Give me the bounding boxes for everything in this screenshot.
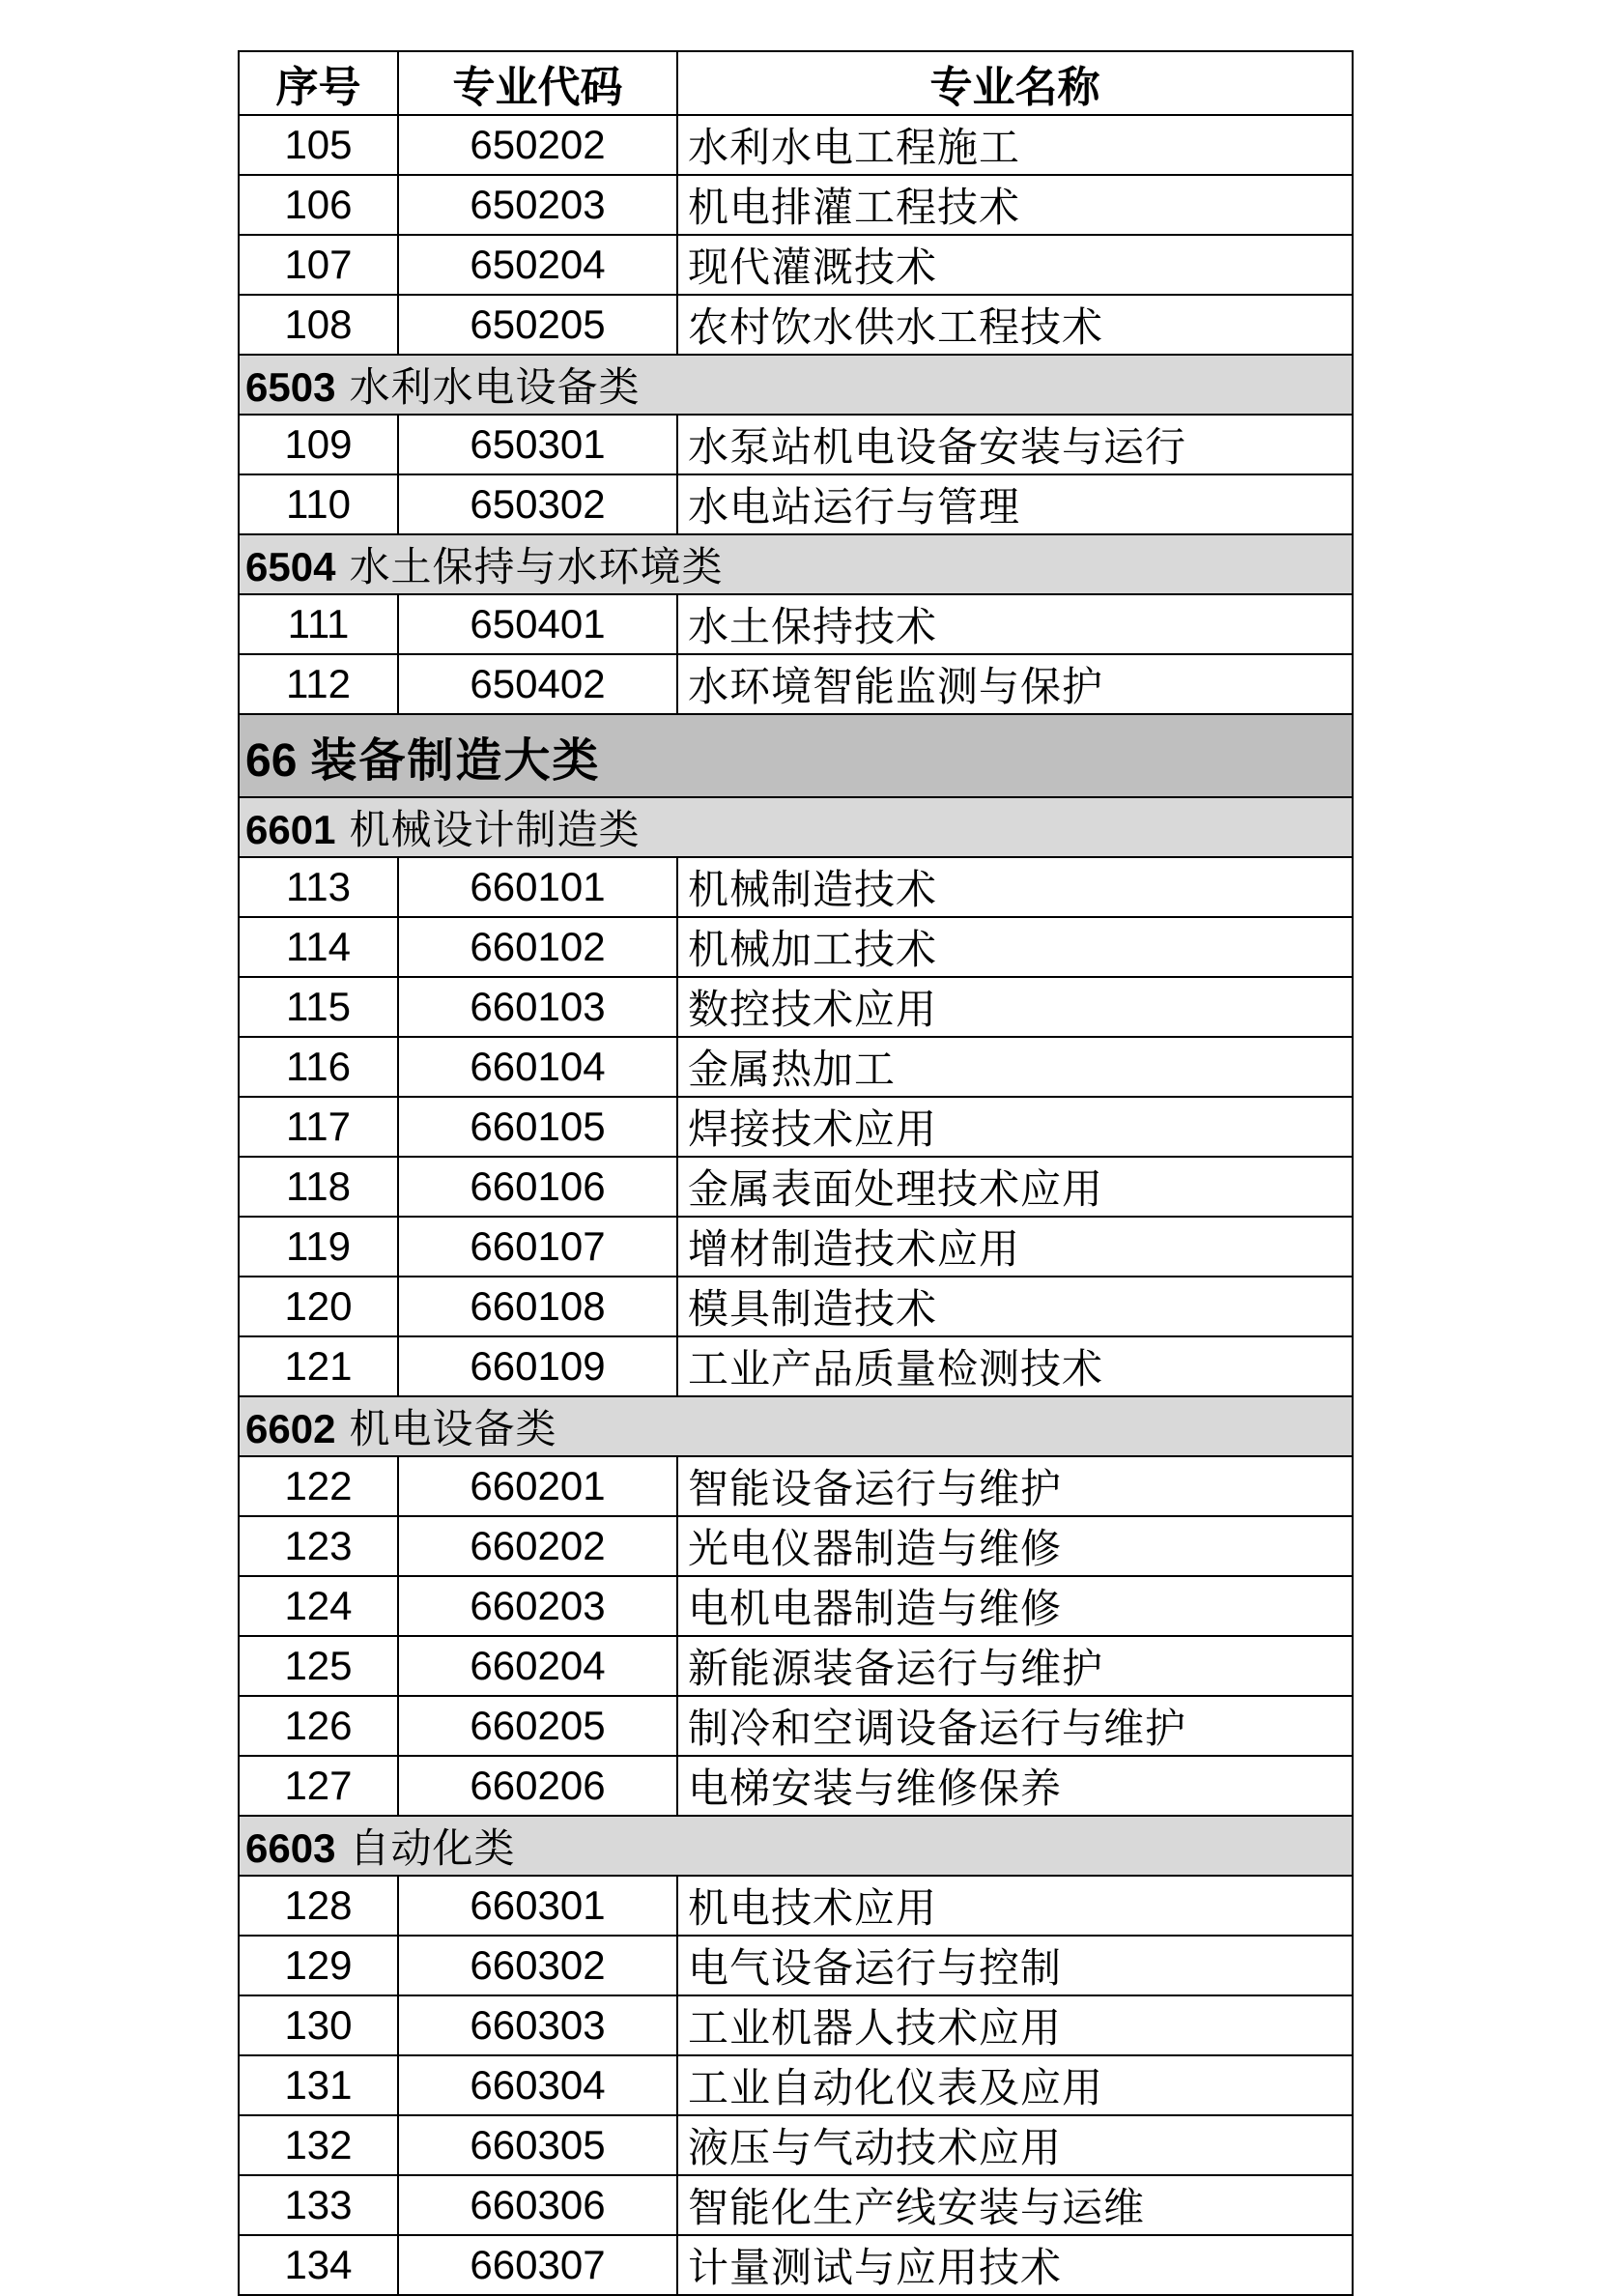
- table-row: 109650301水泵站机电设备安装与运行: [239, 415, 1353, 474]
- column-header-index: 序号: [239, 51, 398, 115]
- subcategory-row: 6503水利水电设备类: [239, 355, 1353, 415]
- row-index-cell: 130: [239, 1995, 398, 2055]
- major-name-cell: 电气设备运行与控制: [677, 1936, 1353, 1995]
- row-index-cell: 107: [239, 235, 398, 295]
- category-code: 6602: [245, 1406, 335, 1451]
- major-name-cell: 农村饮水供水工程技术: [677, 295, 1353, 355]
- table-row: 120660108模具制造技术: [239, 1277, 1353, 1336]
- major-code-cell: 650204: [398, 235, 677, 295]
- table-row: 129660302电气设备运行与控制: [239, 1936, 1353, 1995]
- table-body: 105650202水利水电工程施工106650203机电排灌工程技术107650…: [239, 115, 1353, 2295]
- major-code-cell: 650203: [398, 175, 677, 235]
- major-name-cell: 智能设备运行与维护: [677, 1456, 1353, 1516]
- major-code-cell: 660204: [398, 1636, 677, 1696]
- major-code-cell: 660302: [398, 1936, 677, 1995]
- major-name-cell: 智能化生产线安装与运维: [677, 2175, 1353, 2235]
- major-name-cell: 工业自动化仪表及应用: [677, 2055, 1353, 2115]
- row-index-cell: 126: [239, 1696, 398, 1756]
- table-row: 106650203机电排灌工程技术: [239, 175, 1353, 235]
- category-name: 水土保持与水环境类: [349, 544, 723, 589]
- major-code-cell: 660305: [398, 2115, 677, 2175]
- major-code-cell: 660303: [398, 1995, 677, 2055]
- document-page: 序号 专业代码 专业名称 105650202水利水电工程施工106650203机…: [0, 0, 1598, 1922]
- row-index-cell: 132: [239, 2115, 398, 2175]
- row-index-cell: 120: [239, 1277, 398, 1336]
- subcategory-row: 6504水土保持与水环境类: [239, 534, 1353, 594]
- table-row: 110650302水电站运行与管理: [239, 474, 1353, 534]
- category-code: 6601: [245, 807, 335, 852]
- row-index-cell: 111: [239, 594, 398, 654]
- table-row: 116660104金属热加工: [239, 1037, 1353, 1097]
- row-index-cell: 108: [239, 295, 398, 355]
- major-name-cell: 模具制造技术: [677, 1277, 1353, 1336]
- row-index-cell: 114: [239, 917, 398, 977]
- subcategory-cell: 6503水利水电设备类: [239, 355, 1353, 415]
- subcategory-cell: 6601机械设计制造类: [239, 797, 1353, 857]
- major-code-cell: 660206: [398, 1756, 677, 1816]
- table-row: 124660203电机电器制造与维修: [239, 1576, 1353, 1636]
- table-row: 121660109工业产品质量检测技术: [239, 1336, 1353, 1396]
- subcategory-row: 6603自动化类: [239, 1816, 1353, 1876]
- major-code-cell: 660106: [398, 1157, 677, 1217]
- table-row: 133660306智能化生产线安装与运维: [239, 2175, 1353, 2235]
- row-index-cell: 129: [239, 1936, 398, 1995]
- table-row: 123660202光电仪器制造与维修: [239, 1516, 1353, 1576]
- category-name: 水利水电设备类: [349, 364, 640, 410]
- major-name-cell: 焊接技术应用: [677, 1097, 1353, 1157]
- major-code-cell: 660201: [398, 1456, 677, 1516]
- table-row: 117660105焊接技术应用: [239, 1097, 1353, 1157]
- row-index-cell: 131: [239, 2055, 398, 2115]
- major-code-cell: 660203: [398, 1576, 677, 1636]
- major-name-cell: 制冷和空调设备运行与维护: [677, 1696, 1353, 1756]
- major-name-cell: 金属热加工: [677, 1037, 1353, 1097]
- major-code-cell: 660205: [398, 1696, 677, 1756]
- row-index-cell: 127: [239, 1756, 398, 1816]
- major-category-row: 66装备制造大类: [239, 714, 1353, 797]
- major-name-cell: 水环境智能监测与保护: [677, 654, 1353, 714]
- major-code-cell: 660108: [398, 1277, 677, 1336]
- row-index-cell: 113: [239, 857, 398, 917]
- row-index-cell: 106: [239, 175, 398, 235]
- row-index-cell: 134: [239, 2235, 398, 2295]
- table-row: 131660304工业自动化仪表及应用: [239, 2055, 1353, 2115]
- category-name: 自动化类: [349, 1825, 515, 1871]
- table-row: 128660301机电技术应用: [239, 1876, 1353, 1936]
- table-row: 108650205农村饮水供水工程技术: [239, 295, 1353, 355]
- row-index-cell: 119: [239, 1217, 398, 1277]
- table-row: 134660307计量测试与应用技术: [239, 2235, 1353, 2295]
- row-index-cell: 133: [239, 2175, 398, 2235]
- table-row: 122660201智能设备运行与维护: [239, 1456, 1353, 1516]
- major-code-cell: 660109: [398, 1336, 677, 1396]
- row-index-cell: 117: [239, 1097, 398, 1157]
- major-code-cell: 660306: [398, 2175, 677, 2235]
- row-index-cell: 109: [239, 415, 398, 474]
- major-code-cell: 660107: [398, 1217, 677, 1277]
- subcategory-cell: 6602机电设备类: [239, 1396, 1353, 1456]
- major-name-cell: 数控技术应用: [677, 977, 1353, 1037]
- major-name-cell: 光电仪器制造与维修: [677, 1516, 1353, 1576]
- major-name-cell: 计量测试与应用技术: [677, 2235, 1353, 2295]
- major-name-cell: 工业产品质量检测技术: [677, 1336, 1353, 1396]
- major-name-cell: 机械加工技术: [677, 917, 1353, 977]
- major-code-cell: 660103: [398, 977, 677, 1037]
- row-index-cell: 115: [239, 977, 398, 1037]
- major-name-cell: 水利水电工程施工: [677, 115, 1353, 175]
- category-name: 装备制造大类: [310, 735, 600, 787]
- major-name-cell: 新能源装备运行与维护: [677, 1636, 1353, 1696]
- majors-table: 序号 专业代码 专业名称 105650202水利水电工程施工106650203机…: [238, 50, 1354, 2296]
- column-header-name: 专业名称: [677, 51, 1353, 115]
- category-name: 机械设计制造类: [349, 807, 640, 852]
- subcategory-row: 6601机械设计制造类: [239, 797, 1353, 857]
- category-code: 6503: [245, 364, 335, 410]
- subcategory-row: 6602机电设备类: [239, 1396, 1353, 1456]
- major-code-cell: 650401: [398, 594, 677, 654]
- row-index-cell: 122: [239, 1456, 398, 1516]
- major-name-cell: 机电技术应用: [677, 1876, 1353, 1936]
- table-row: 119660107增材制造技术应用: [239, 1217, 1353, 1277]
- major-code-cell: 660307: [398, 2235, 677, 2295]
- table-row: 113660101机械制造技术: [239, 857, 1353, 917]
- major-code-cell: 660304: [398, 2055, 677, 2115]
- row-index-cell: 118: [239, 1157, 398, 1217]
- row-index-cell: 112: [239, 654, 398, 714]
- major-code-cell: 650202: [398, 115, 677, 175]
- major-code-cell: 650402: [398, 654, 677, 714]
- row-index-cell: 121: [239, 1336, 398, 1396]
- major-code-cell: 650205: [398, 295, 677, 355]
- column-header-code: 专业代码: [398, 51, 677, 115]
- major-code-cell: 660301: [398, 1876, 677, 1936]
- subcategory-cell: 6603自动化类: [239, 1816, 1353, 1876]
- row-index-cell: 105: [239, 115, 398, 175]
- table-row: 105650202水利水电工程施工: [239, 115, 1353, 175]
- major-name-cell: 水泵站机电设备安装与运行: [677, 415, 1353, 474]
- major-code-cell: 660202: [398, 1516, 677, 1576]
- table-row: 112650402水环境智能监测与保护: [239, 654, 1353, 714]
- major-name-cell: 机械制造技术: [677, 857, 1353, 917]
- row-index-cell: 128: [239, 1876, 398, 1936]
- major-code-cell: 660102: [398, 917, 677, 977]
- major-category-cell: 66装备制造大类: [239, 714, 1353, 797]
- table-row: 118660106金属表面处理技术应用: [239, 1157, 1353, 1217]
- table-row: 114660102机械加工技术: [239, 917, 1353, 977]
- major-code-cell: 660104: [398, 1037, 677, 1097]
- table-row: 127660206电梯安装与维修保养: [239, 1756, 1353, 1816]
- major-name-cell: 水电站运行与管理: [677, 474, 1353, 534]
- table-row: 130660303工业机器人技术应用: [239, 1995, 1353, 2055]
- row-index-cell: 116: [239, 1037, 398, 1097]
- major-name-cell: 电梯安装与维修保养: [677, 1756, 1353, 1816]
- row-index-cell: 123: [239, 1516, 398, 1576]
- subcategory-cell: 6504水土保持与水环境类: [239, 534, 1353, 594]
- major-name-cell: 水土保持技术: [677, 594, 1353, 654]
- major-code-cell: 660105: [398, 1097, 677, 1157]
- category-name: 机电设备类: [349, 1406, 556, 1451]
- major-code-cell: 660101: [398, 857, 677, 917]
- row-index-cell: 125: [239, 1636, 398, 1696]
- category-code: 6504: [245, 544, 335, 589]
- major-code-cell: 650301: [398, 415, 677, 474]
- table-header-row: 序号 专业代码 专业名称: [239, 51, 1353, 115]
- major-name-cell: 增材制造技术应用: [677, 1217, 1353, 1277]
- major-name-cell: 机电排灌工程技术: [677, 175, 1353, 235]
- major-name-cell: 工业机器人技术应用: [677, 1995, 1353, 2055]
- row-index-cell: 110: [239, 474, 398, 534]
- table-row: 125660204新能源装备运行与维护: [239, 1636, 1353, 1696]
- major-name-cell: 现代灌溉技术: [677, 235, 1353, 295]
- major-name-cell: 金属表面处理技术应用: [677, 1157, 1353, 1217]
- row-index-cell: 124: [239, 1576, 398, 1636]
- category-code: 6603: [245, 1825, 335, 1871]
- table-row: 126660205制冷和空调设备运行与维护: [239, 1696, 1353, 1756]
- table-row: 115660103数控技术应用: [239, 977, 1353, 1037]
- table-row: 111650401水土保持技术: [239, 594, 1353, 654]
- major-code-cell: 650302: [398, 474, 677, 534]
- major-name-cell: 电机电器制造与维修: [677, 1576, 1353, 1636]
- table-row: 107650204现代灌溉技术: [239, 235, 1353, 295]
- table-row: 132660305液压与气动技术应用: [239, 2115, 1353, 2175]
- category-code: 66: [245, 735, 297, 787]
- major-name-cell: 液压与气动技术应用: [677, 2115, 1353, 2175]
